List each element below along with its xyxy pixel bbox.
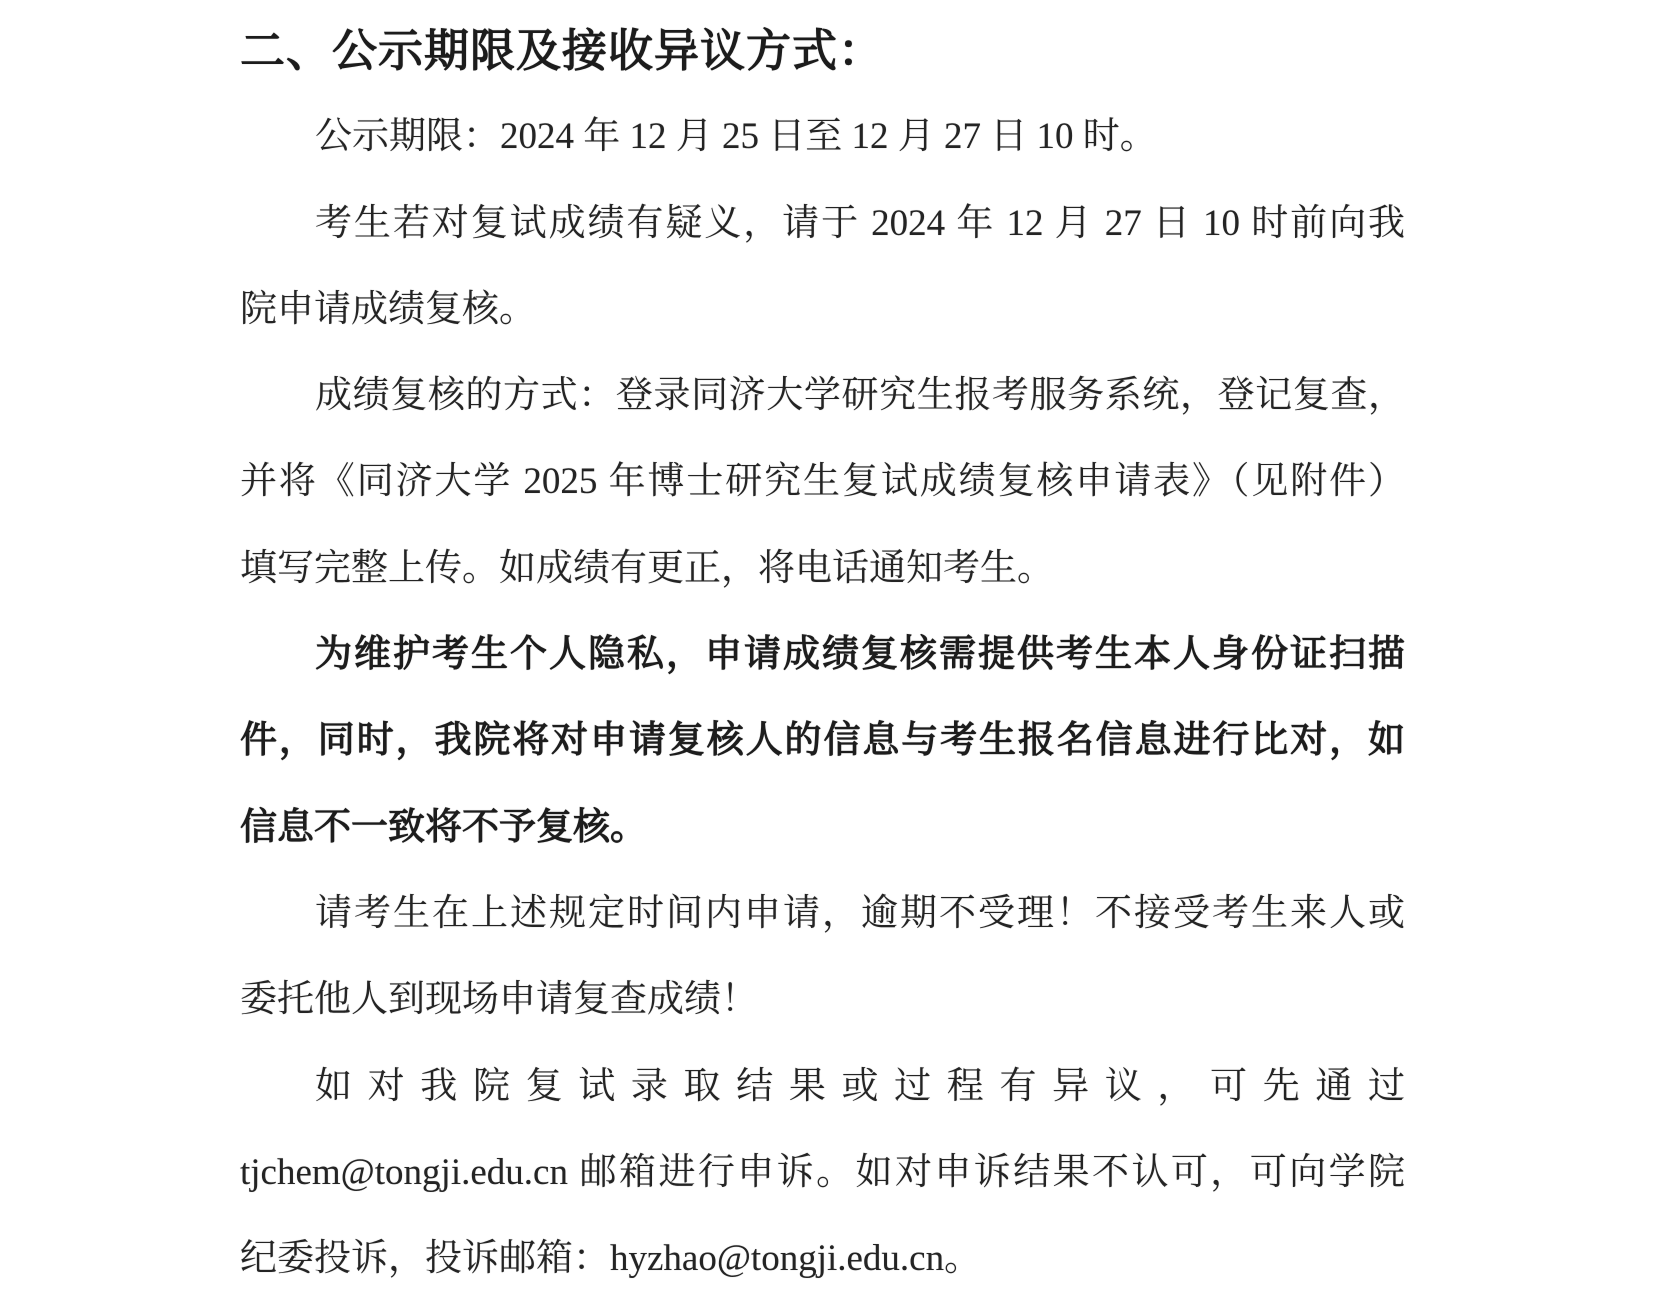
section-heading: 二、公示期限及接收异议方式： xyxy=(240,8,1405,94)
text-line-discipline-email: 纪委投诉，投诉邮箱：hyzhao@tongji.edu.cn。 xyxy=(240,1216,1405,1302)
text-line: 请考生在上述规定时间内申请，逾期不受理！不接受考生来人或 xyxy=(240,871,1405,957)
text-line: 成绩复核的方式：登录同济大学研究生报考服务系统，登记复查， xyxy=(240,353,1405,439)
text-line: 填写完整上传。如成绩有更正，将电话通知考生。 xyxy=(240,526,1405,612)
text-line-privacy-notice: 为维护考生个人隐私，申请成绩复核需提供考生本人身份证扫描 xyxy=(240,612,1405,698)
text-line-publicity-period: 公示期限：2024 年 12 月 25 日至 12 月 27 日 10 时。 xyxy=(240,94,1405,180)
text-line: 如对我院复试录取结果或过程有异议，可先通过 xyxy=(240,1044,1405,1130)
text-line-appeal-email: tjchem@tongji.edu.cn 邮箱进行申诉。如对申诉结果不认可，可向… xyxy=(240,1130,1405,1216)
text-line: 院申请成绩复核。 xyxy=(240,267,1405,353)
text-line-privacy-notice: 件，同时，我院将对申请复核人的信息与考生报名信息进行比对，如 xyxy=(240,698,1405,784)
text-line: 考生若对复试成绩有疑义，请于 2024 年 12 月 27 日 10 时前向我 xyxy=(240,181,1405,267)
text-line: 并将《同济大学 2025 年博士研究生复试成绩复核申请表》（见附件） xyxy=(240,439,1405,525)
text-line-privacy-notice: 信息不一致将不予复核。 xyxy=(240,785,1405,871)
scanned-document-page: 二、公示期限及接收异议方式： 公示期限：2024 年 12 月 25 日至 12… xyxy=(0,0,1654,1304)
text-line: 委托他人到现场申请复查成绩！ xyxy=(240,957,1405,1043)
